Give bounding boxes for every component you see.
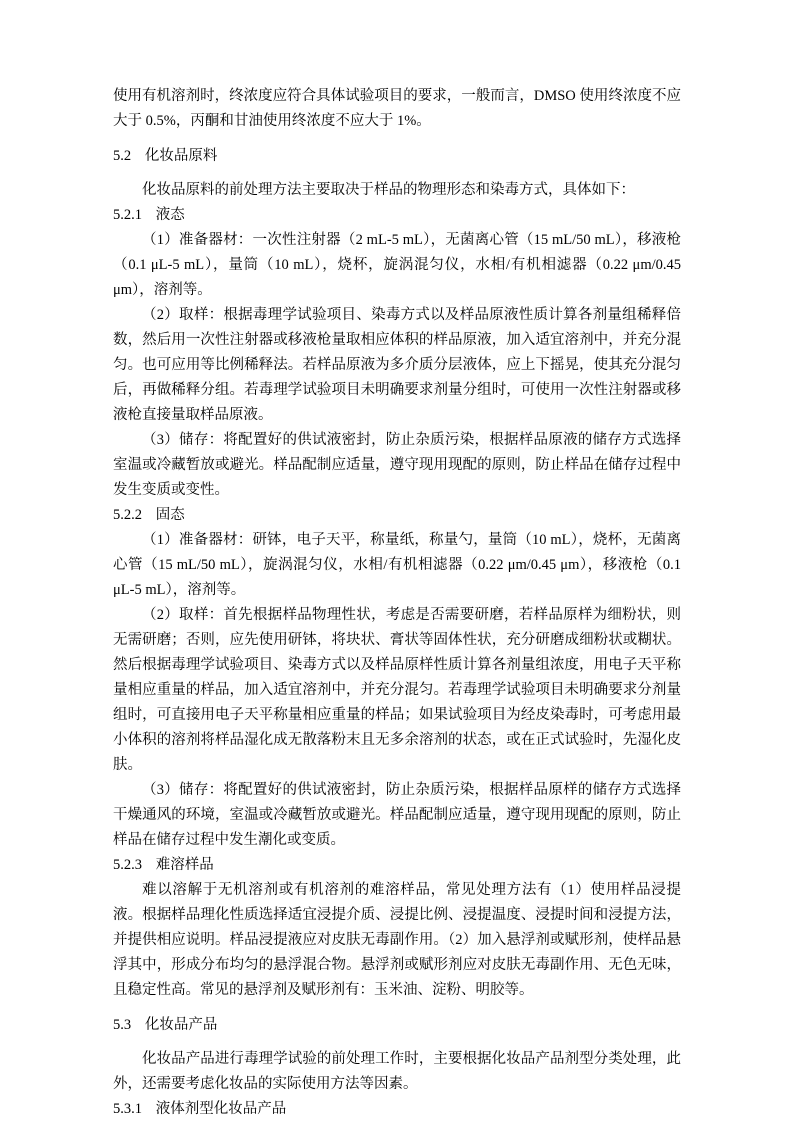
section-number: 5.2.1 [113, 203, 142, 228]
paragraph-insoluble-samples: 难以溶解于无机溶剂或有机溶剂的难溶样品，常见处理方法有（1）使用样品浸提液。根据… [113, 878, 681, 1003]
section-heading-5-2-3: 5.2.3难溶样品 [113, 853, 681, 878]
section-heading-5-2-1: 5.2.1液态 [113, 203, 681, 228]
section-title: 液体剂型化妆品产品 [156, 1101, 287, 1117]
section-title: 化妆品原料 [145, 148, 218, 164]
section-number: 5.3 [113, 1013, 131, 1038]
section-number: 5.2 [113, 144, 131, 169]
section-heading-5-3: 5.3化妆品产品 [113, 1013, 681, 1038]
paragraph-solid-storage: （3）储存：将配置好的供试液密封，防止杂质污染，根据样品原样的储存方式选择干燥通… [113, 778, 681, 853]
section-number: 5.2.3 [113, 853, 142, 878]
section-heading-5-2-2: 5.2.2固态 [113, 503, 681, 528]
paragraph-solvent-concentration: 使用有机溶剂时，终浓度应符合具体试验项目的要求，一般而言，DMSO 使用终浓度不… [113, 84, 681, 134]
section-title: 液态 [156, 207, 185, 223]
section-number: 5.3.1 [113, 1097, 142, 1122]
document-page: 使用有机溶剂时，终浓度应符合具体试验项目的要求，一般而言，DMSO 使用终浓度不… [0, 0, 793, 1122]
section-title: 难溶样品 [156, 857, 214, 873]
section-title: 化妆品产品 [145, 1017, 218, 1033]
paragraph-solid-equipment: （1）准备器材：研钵，电子天平，称量纸，称量勺，量筒（10 mL），烧杯，无菌离… [113, 528, 681, 603]
paragraph-solid-sampling: （2）取样：首先根据样品物理性状，考虑是否需要研磨，若样品原样为细粉状，则无需研… [113, 603, 681, 778]
section-heading-5-3-1: 5.3.1液体剂型化妆品产品 [113, 1097, 681, 1122]
paragraph-liquid-storage: （3）储存：将配置好的供试液密封，防止杂质污染，根据样品原液的储存方式选择室温或… [113, 428, 681, 503]
paragraph-liquid-equipment: （1）准备器材：一次性注射器（2 mL-5 mL），无菌离心管（15 mL/50… [113, 228, 681, 303]
section-title: 固态 [156, 507, 185, 523]
section-number: 5.2.2 [113, 503, 142, 528]
paragraph-liquid-sampling: （2）取样：根据毒理学试验项目、染毒方式以及样品原液性质计算各剂量组稀释倍数，然… [113, 303, 681, 428]
section-heading-5-2: 5.2化妆品原料 [113, 144, 681, 169]
paragraph-product-intro: 化妆品产品进行毒理学试验的前处理工作时，主要根据化妆品产品剂型分类处理，此外，还… [113, 1047, 681, 1097]
paragraph-raw-material-intro: 化妆品原料的前处理方法主要取决于样品的物理形态和染毒方式，具体如下： [113, 178, 681, 203]
